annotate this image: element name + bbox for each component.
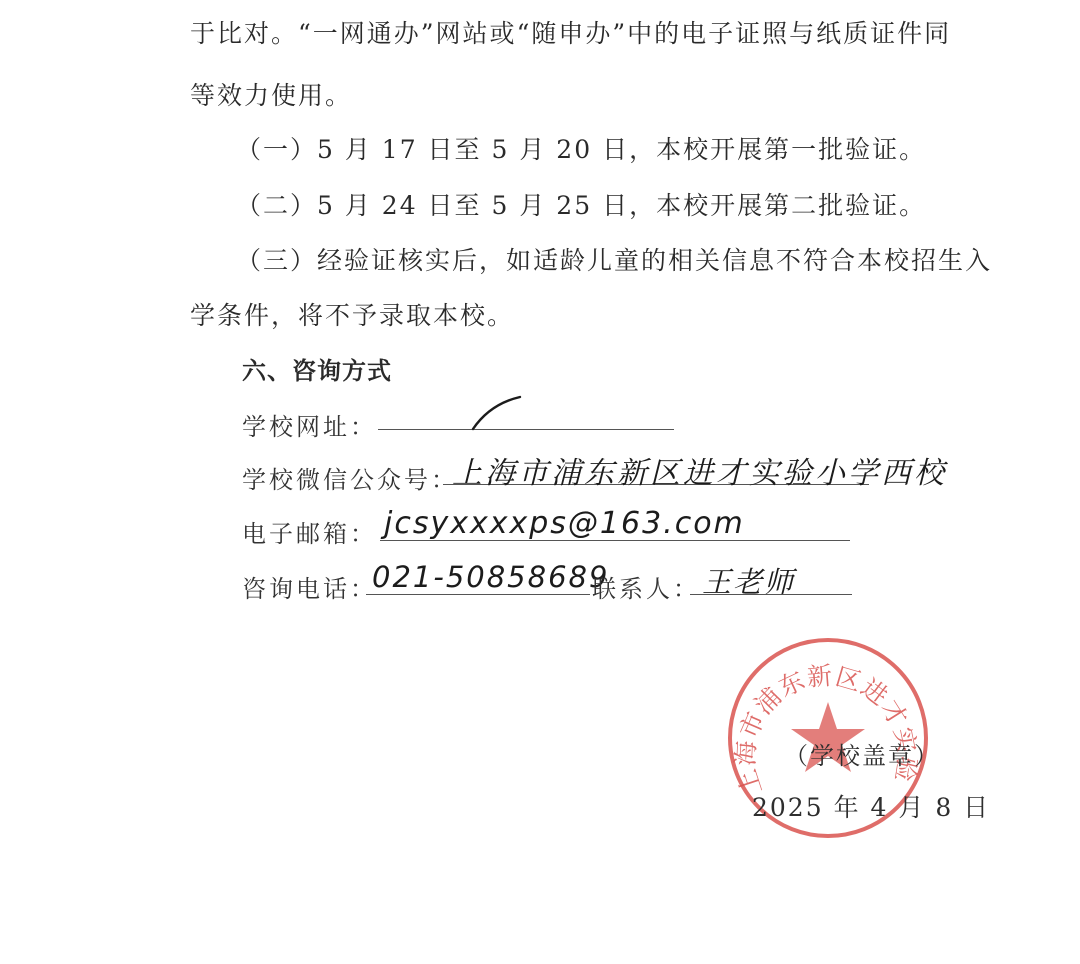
wechat-label: 学校微信公众号：	[242, 460, 458, 495]
wechat-value: 上海市浦东新区进才实验小学西校	[452, 448, 947, 492]
paragraph-line: 于比对。“一网通办”网站或“随申办”中的电子证照与纸质证件同	[190, 14, 951, 50]
verification-note: （三）经验证核实后，如适龄儿童的相关信息不符合本校招生入	[236, 241, 992, 277]
section-heading: 六、咨询方式	[242, 351, 392, 386]
document-date: 2025 年 4 月 8 日	[752, 788, 990, 824]
website-label: 学校网址：	[242, 407, 377, 442]
phone-label: 咨询电话：	[242, 569, 377, 604]
paragraph-line: 学条件，将不予录取本校。	[190, 296, 514, 332]
email-value: jcsyxxxxps@163.com	[384, 506, 745, 541]
contact-person-value: 王老师	[702, 560, 795, 601]
slash-mark-icon	[470, 394, 526, 432]
website-underline	[378, 429, 674, 430]
phone-underline	[366, 594, 590, 595]
contact-person-label: 联系人：	[592, 569, 700, 604]
verification-batch-2: （二）5 月 24 日至 5 月 25 日，本校开展第二批验证。	[236, 186, 926, 222]
verification-batch-1: （一）5 月 17 日至 5 月 20 日，本校开展第一批验证。	[236, 130, 926, 166]
stamp-note: （学校盖章）	[784, 736, 940, 771]
phone-value: 021-50858689	[372, 560, 609, 594]
paragraph-line: 等效力使用。	[190, 76, 352, 112]
email-label: 电子邮箱：	[242, 514, 377, 549]
